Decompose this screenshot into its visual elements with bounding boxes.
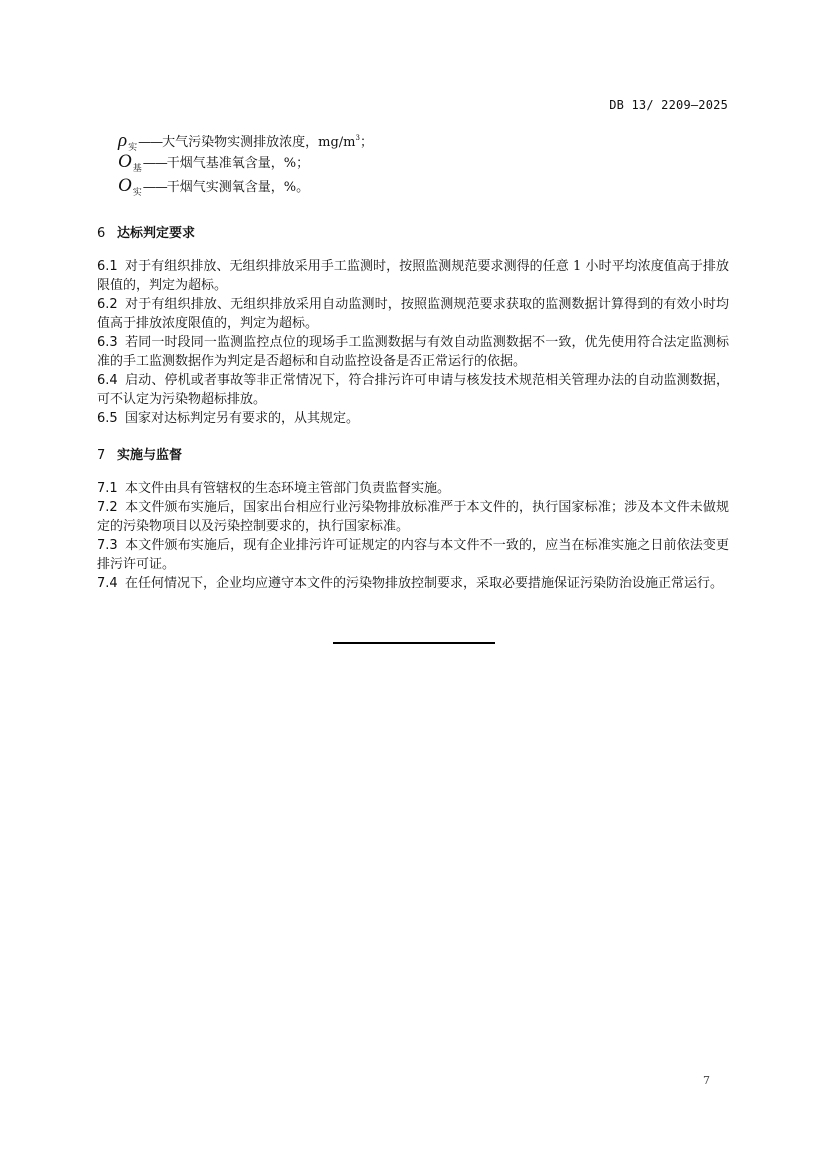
clause-7-1: 7.1本文件由具有管辖权的生态环境主管部门负责监督实施。 [97,479,729,498]
variable-definition: O实——干烟气实测氧含量，%。 [118,174,373,198]
variable-subscript: 基 [133,164,142,174]
section-7-clauses: 7.1本文件由具有管辖权的生态环境主管部门负责监督实施。 7.2本文件颁布实施后… [97,479,729,593]
clause-number: 6.3 [97,333,125,352]
clause-6-5: 6.5国家对达标判定另有要求的，从其规定。 [97,409,729,428]
definition-dash: —— [143,156,167,171]
clause-number: 7.1 [97,479,125,498]
definition-dash: —— [138,135,162,150]
section-6-clauses: 6.1对于有组织排放、无组织排放采用手工监测时，按照监测规范要求测得的任意 1 … [97,257,729,428]
clause-6-1: 6.1对于有组织排放、无组织排放采用手工监测时，按照监测规范要求测得的任意 1 … [97,257,729,295]
clause-number: 6.5 [97,409,125,428]
clause-6-4: 6.4启动、停机或者事故等非正常情况下，符合排污许可申请与核发技术规范相关管理办… [97,371,729,409]
clause-text: 若同一时段同一监测监控点位的现场手工监测数据与有效自动监测数据不一致，优先使用符… [97,335,729,369]
variable-symbol: ρ [118,130,127,151]
page-number: 7 [703,1074,710,1087]
variable-subscript: 实 [133,188,142,198]
variable-description: 干烟气基准氧含量，%； [167,156,309,171]
variable-definition: ρ实——大气污染物实测排放浓度，mg/m3； [118,126,373,150]
variable-description: 大气污染物实测排放浓度，mg/m [162,135,355,150]
clause-text: 本文件颁布实施后，现有企业排污许可证规定的内容与本文件不一致的，应当在标准实施之… [97,538,729,572]
section-title: 达标判定要求 [117,226,195,241]
clause-number: 6.4 [97,371,125,390]
clause-7-4: 7.4在任何情况下，企业均应遵守本文件的污染物排放控制要求，采取必要措施保证污染… [97,574,729,593]
clause-text: 对于有组织排放、无组织排放采用手工监测时，按照监测规范要求测得的任意 1 小时平… [97,259,729,293]
clause-number: 7.3 [97,536,125,555]
variable-symbol: O [118,151,132,172]
variable-symbol: O [118,175,132,196]
clause-6-2: 6.2对于有组织排放、无组织排放采用自动监测时，按照监测规范要求获取的监测数据计… [97,295,729,333]
section-heading-7: 7实施与监督 [97,444,182,463]
clause-text: 本文件颁布实施后，国家出台相应行业污染物排放标准严于本文件的，执行国家标准；涉及… [97,500,729,534]
variable-definition: O基——干烟气基准氧含量，%； [118,150,373,174]
clause-7-2: 7.2本文件颁布实施后，国家出台相应行业污染物排放标准严于本文件的，执行国家标准… [97,498,729,536]
clause-text: 本文件由具有管辖权的生态环境主管部门负责监督实施。 [125,481,450,496]
clause-number: 7.4 [97,574,125,593]
clause-text: 在任何情况下，企业均应遵守本文件的污染物排放控制要求，采取必要措施保证污染防治设… [125,576,723,591]
clause-text: 国家对达标判定另有要求的，从其规定。 [125,411,359,426]
clause-text: 对于有组织排放、无组织排放采用自动监测时，按照监测规范要求获取的监测数据计算得到… [97,297,729,331]
clause-number: 6.2 [97,295,125,314]
clause-number: 7.2 [97,498,125,517]
clause-text: 启动、停机或者事故等非正常情况下，符合排污许可申请与核发技术规范相关管理办法的自… [97,373,729,407]
description-tail: ； [360,135,373,150]
variable-description: 干烟气实测氧含量，%。 [167,180,309,195]
clause-6-3: 6.3若同一时段同一监测监控点位的现场手工监测数据与有效自动监测数据不一致，优先… [97,333,729,371]
section-number: 7 [97,448,117,463]
definition-dash: —— [143,180,167,195]
standard-code: DB 13/ 2209—2025 [609,98,728,112]
clause-number: 6.1 [97,257,125,276]
clause-7-3: 7.3本文件颁布实施后，现有企业排污许可证规定的内容与本文件不一致的，应当在标准… [97,536,729,574]
variable-definitions: ρ实——大气污染物实测排放浓度，mg/m3； O基——干烟气基准氧含量，%； O… [118,126,373,198]
section-number: 6 [97,226,117,241]
section-heading-6: 6达标判定要求 [97,222,195,241]
section-title: 实施与监督 [117,448,182,463]
document-end-rule [333,642,495,644]
